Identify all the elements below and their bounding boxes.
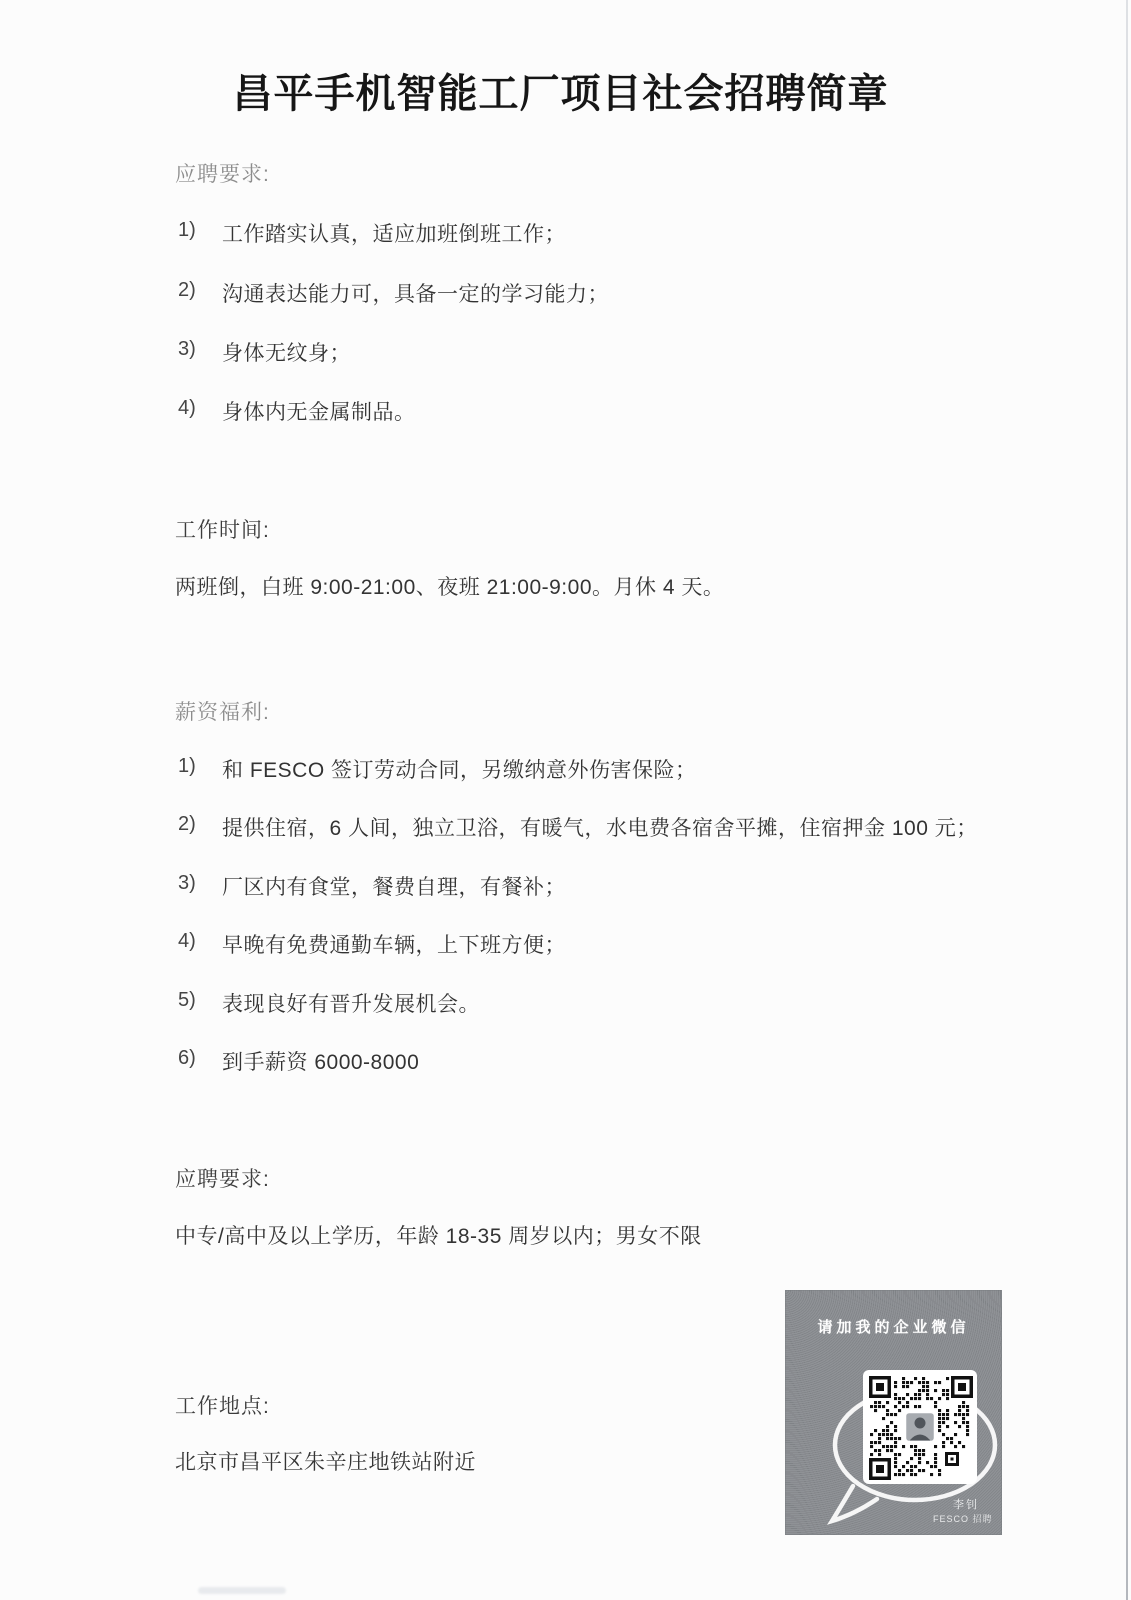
list-item-number: 4) [178, 397, 196, 420]
list-item-number: 4) [178, 930, 196, 953]
list-item-text: 身体内无金属制品。 [222, 396, 416, 426]
list-item-number: 3) [178, 872, 196, 895]
wechat-contact-card: 请加我的企业微信 [785, 1290, 1002, 1535]
scan-smudge [198, 1587, 286, 1594]
list-item-number: 5) [178, 989, 196, 1012]
list-item-number: 6) [178, 1047, 196, 1070]
list-item-text: 身体无纹身； [222, 337, 351, 367]
scanned-document-page: 昌平手机智能工厂项目社会招聘简章 应聘要求: 1) 工作踏实认真，适应加班倒班工… [0, 0, 1131, 1600]
scan-edge-line [1126, 0, 1128, 1600]
section-body-work-hours: 两班倒，白班 9:00-21:00、夜班 21:00-9:00。月休 4 天。 [175, 571, 724, 601]
section-heading-work-location: 工作地点: [175, 1390, 270, 1420]
section-heading-work-hours: 工作时间: [175, 514, 270, 544]
list-item-number: 3) [178, 338, 196, 361]
document-title: 昌平手机智能工厂项目社会招聘简章 [0, 62, 1121, 119]
list-item-text: 工作踏实认真，适应加班倒班工作； [222, 218, 566, 248]
person-avatar-icon [905, 1412, 935, 1442]
contact-name: 李钊 [953, 1496, 979, 1512]
list-item-text: 和 FESCO 签订劳动合同，另缴纳意外伤害保险； [222, 754, 697, 784]
section-heading-eligibility: 应聘要求: [175, 1163, 270, 1193]
list-item-text: 表现良好有晋升发展机会。 [222, 988, 480, 1018]
list-item-text: 提供住宿，6 人间，独立卫浴，有暖气，水电费各宿舍平摊，住宿押金 100 元； [222, 812, 978, 842]
list-item-text: 厂区内有食堂，餐费自理，有餐补； [222, 871, 566, 901]
list-item-number: 1) [178, 219, 196, 242]
section-body-work-location: 北京市昌平区朱辛庄地铁站附近 [175, 1446, 476, 1476]
section-heading-salary-benefits: 薪资福利: [175, 696, 270, 726]
list-item-number: 1) [178, 755, 196, 778]
list-item-number: 2) [178, 279, 196, 302]
list-item-text: 到手薪资 6000-8000 [222, 1046, 419, 1076]
section-body-eligibility: 中专/高中及以上学历，年龄 18-35 周岁以内；男女不限 [175, 1220, 702, 1250]
contact-subtitle: FESCO 招聘 [933, 1512, 993, 1525]
list-item-text: 沟通表达能力可，具备一定的学习能力； [222, 278, 609, 308]
section-heading-requirements: 应聘要求: [175, 158, 270, 188]
list-item-text: 早晚有免费通勤车辆，上下班方便； [222, 929, 566, 959]
list-item-number: 2) [178, 813, 196, 836]
